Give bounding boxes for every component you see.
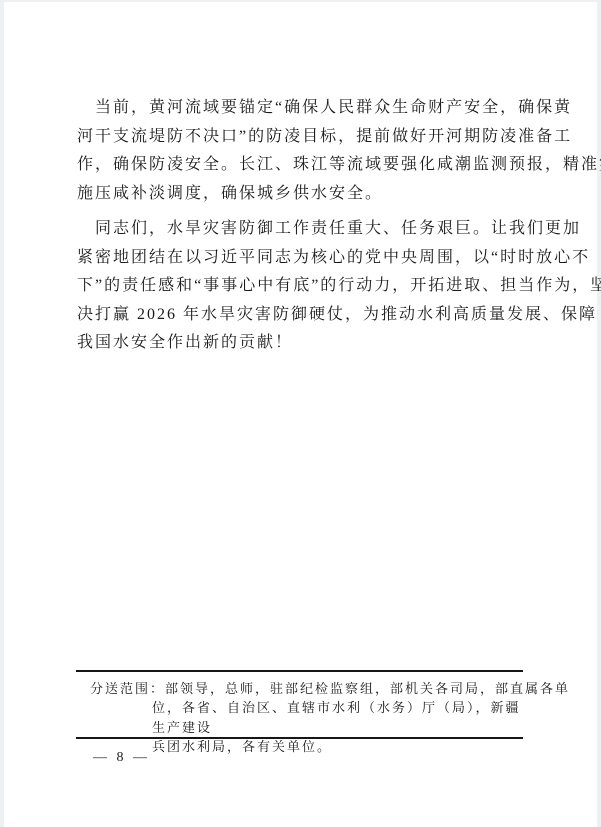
text-line: 紧密地团结在以习近平同志为核心的党中央周围，以“时时放心不 <box>77 244 527 273</box>
distribution-label: 分送范围： <box>90 679 165 698</box>
document-page: 当前，黄河流域要锚定“确保人民群众生命财产安全，确保黄 河干支流堤防不决口”的防… <box>0 0 601 827</box>
page-number: — 8 — <box>93 750 150 766</box>
text-line: 作，确保防凌安全。长江、珠江等流域要强化咸潮监测预报，精准实 <box>77 151 527 180</box>
text-line: 河干支流堤防不决口”的防凌目标，提前做好开河期防凌准备工 <box>77 123 527 152</box>
text-line: 当前，黄河流域要锚定“确保人民群众生命财产安全，确保黄 <box>77 94 527 123</box>
text-line: 施压咸补淡调度，确保城乡供水安全。 <box>77 180 527 209</box>
distribution-line-text: 部领导，总师，驻部纪检监察组，部机关各司局，部直属各单 <box>165 679 570 698</box>
scan-edge-right <box>597 0 601 827</box>
body-paragraph: 当前，黄河流域要锚定“确保人民群众生命财产安全，确保黄 河干支流堤防不决口”的防… <box>77 94 527 208</box>
text-line: 下”的责任感和“事事心中有底”的行动力，开拓进取、担当作为，坚 <box>77 272 527 301</box>
distribution-bottom-rule <box>76 737 523 739</box>
distribution-top-rule <box>76 670 523 672</box>
text-line: 同志们，水旱灾害防御工作责任重大、任务艰巨。让我们更加 <box>77 215 527 244</box>
body-paragraph: 同志们，水旱灾害防御工作责任重大、任务艰巨。让我们更加 紧密地团结在以习近平同志… <box>77 215 527 358</box>
distribution-line: 位，各省、自治区、直辖市水利（水务）厅（局），新疆生产建设 <box>152 698 524 737</box>
text-line: 我国水安全作出新的贡献！ <box>77 329 527 358</box>
distribution-line: 分送范围： 部领导，总师，驻部纪检监察组，部机关各司局，部直属各单 <box>90 679 524 698</box>
distribution-line: 兵团水利局，各有关单位。 <box>152 737 524 756</box>
scan-edge-left <box>0 0 4 827</box>
text-line: 决打赢 2026 年水旱灾害防御硬仗，为推动水利高质量发展、保障 <box>77 301 527 330</box>
scan-edge-top <box>0 0 601 2</box>
distribution-scope-block: 分送范围： 部领导，总师，驻部纪检监察组，部机关各司局，部直属各单 位，各省、自… <box>90 679 524 756</box>
